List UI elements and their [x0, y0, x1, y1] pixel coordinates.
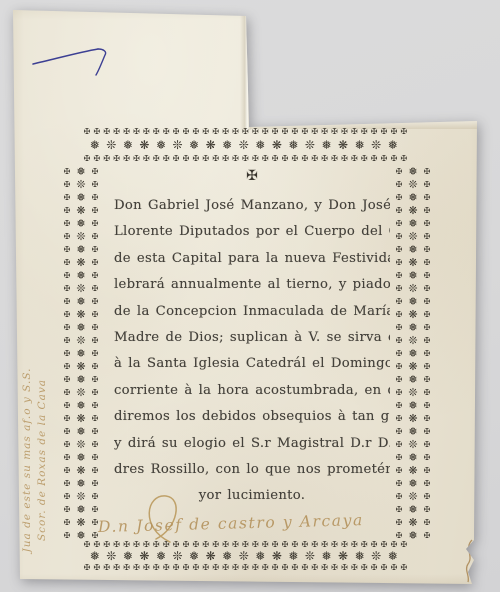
ornament-column: ✠ ✠ ✠ ✠ ✠ ✠ ✠ ✠ ✠ ✠ ✠ ✠ ✠ ✠ ✠ ✠ ✠ ✠ ✠ ✠ … [62, 165, 72, 540]
maltese-cross-icon: ✠ [112, 168, 392, 184]
text-line: à la Santa Iglesia Catedrál el Domingo 1… [114, 351, 390, 377]
paper-tear-mark [460, 538, 476, 584]
document-paper: Jua de este su mas af.o y S.S. Scor. de … [0, 0, 500, 592]
text-line: diremos los debidos obsequios à tan gran… [114, 404, 390, 430]
ornament-column: ✠ ✠ ✠ ✠ ✠ ✠ ✠ ✠ ✠ ✠ ✠ ✠ ✠ ✠ ✠ ✠ ✠ ✠ ✠ ✠ … [422, 165, 432, 540]
handwritten-margin-note: Jua de este su mas af.o y S.S. Scor. de … [20, 340, 56, 580]
ornament-row: ✠✠✠✠✠✠✠✠✠✠✠✠✠✠✠✠✠✠✠✠✠✠✠✠✠✠✠✠✠✠✠✠✠ [62, 126, 432, 138]
printed-text: Don Gabriel José Manzano, y Don José Gon… [114, 193, 390, 510]
ornament-column: ❅ ❊ ❅ ❋ ❅ ❊ ❅ ❋ ❅ ❊ ❅ ❋ ❅ ❊ ❅ ❋ ❅ ❊ ❅ ❋ … [405, 165, 421, 540]
margin-note-line: Scor. de Roxas de la Cava [35, 340, 50, 580]
ornament-column: ✠ ✠ ✠ ✠ ✠ ✠ ✠ ✠ ✠ ✠ ✠ ✠ ✠ ✠ ✠ ✠ ✠ ✠ ✠ ✠ … [394, 165, 404, 540]
text-line: y dirá su elogio el S.r Magistral D.r D.… [114, 431, 390, 457]
printed-content-area: ✠ Don Gabriel José Manzano, y Don José G… [112, 165, 392, 540]
paper-shadow: Jua de este su mas af.o y S.S. Scor. de … [0, 0, 500, 592]
paper-cut-edge-vertical [240, 8, 252, 130]
text-line: lebrará annualmente al tierno, y piadoso… [114, 272, 390, 298]
text-line: de esta Capital para la nueva Festividad… [114, 246, 390, 272]
ornament-column: ✠ ✠ ✠ ✠ ✠ ✠ ✠ ✠ ✠ ✠ ✠ ✠ ✠ ✠ ✠ ✠ ✠ ✠ ✠ ✠ … [90, 165, 100, 540]
border-right: ✠ ✠ ✠ ✠ ✠ ✠ ✠ ✠ ✠ ✠ ✠ ✠ ✠ ✠ ✠ ✠ ✠ ✠ ✠ ✠ … [394, 165, 432, 540]
ornament-row: ❅❊❅❋❅❊❅❋❅❊❅❋❅❊❅❋❅❊❅ [62, 550, 432, 563]
ornament-row: ✠✠✠✠✠✠✠✠✠✠✠✠✠✠✠✠✠✠✠✠✠✠✠✠✠✠✠✠✠✠✠✠✠ [62, 563, 432, 573]
border-top: ✠✠✠✠✠✠✠✠✠✠✠✠✠✠✠✠✠✠✠✠✠✠✠✠✠✠✠✠✠✠✠✠✠ ❅❊❅❋❅❊… [62, 126, 432, 165]
text-line: Madre de Dios; suplican à V. se sirva co… [114, 325, 390, 351]
ornament-row: ✠✠✠✠✠✠✠✠✠✠✠✠✠✠✠✠✠✠✠✠✠✠✠✠✠✠✠✠✠✠✠✠✠ [62, 540, 432, 550]
ornamental-border: ✠✠✠✠✠✠✠✠✠✠✠✠✠✠✠✠✠✠✠✠✠✠✠✠✠✠✠✠✠✠✠✠✠ ❅❊❅❋❅❊… [62, 126, 432, 573]
text-line: Llorente Diputados por el Cuerpo del Com… [114, 219, 390, 245]
ornament-column: ❅ ❊ ❅ ❋ ❅ ❊ ❅ ❋ ❅ ❊ ❅ ❋ ❅ ❊ ❅ ❋ ❅ ❊ ❅ ❋ … [73, 165, 89, 540]
border-bottom: ✠✠✠✠✠✠✠✠✠✠✠✠✠✠✠✠✠✠✠✠✠✠✠✠✠✠✠✠✠✠✠✠✠ ❅❊❅❋❅❊… [62, 540, 432, 573]
photo-background: Jua de este su mas af.o y S.S. Scor. de … [0, 0, 500, 592]
blue-ink-mark-icon [30, 42, 118, 84]
text-line: dres Rossillo, con lo que nos prometémos… [114, 457, 390, 483]
border-left: ✠ ✠ ✠ ✠ ✠ ✠ ✠ ✠ ✠ ✠ ✠ ✠ ✠ ✠ ✠ ✠ ✠ ✠ ✠ ✠ … [62, 165, 100, 540]
text-line: de la Concepcion Inmaculada de María San… [114, 299, 390, 325]
text-line: Don Gabriel José Manzano, y Don José Gon… [114, 193, 390, 219]
text-line: corriente à la hora acostumbrada, en don… [114, 378, 390, 404]
ornament-row: ❅❊❅❋❅❊❅❋❅❊❅❋❅❊❅❋❅❊❅ [62, 138, 432, 153]
ornament-row: ✠✠✠✠✠✠✠✠✠✠✠✠✠✠✠✠✠✠✠✠✠✠✠✠✠✠✠✠✠✠✠✠✠ [62, 153, 432, 165]
margin-note-line: Jua de este su mas af.o y S.S. [20, 340, 35, 580]
